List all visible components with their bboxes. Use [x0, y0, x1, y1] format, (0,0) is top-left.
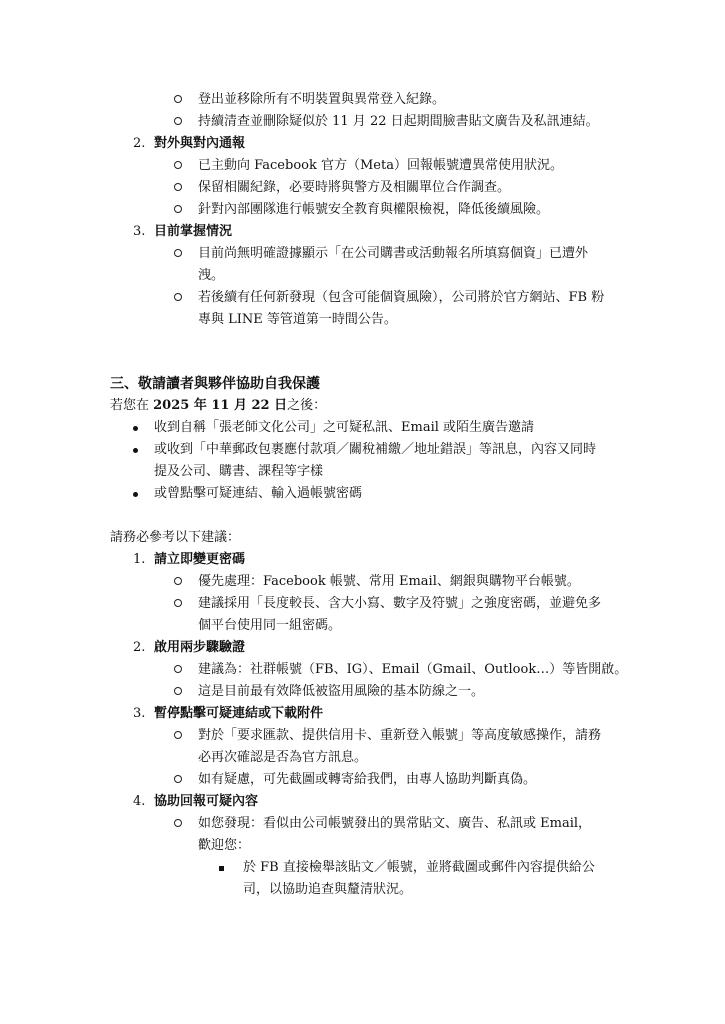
list-item-continuation: 歡迎您：	[198, 835, 250, 857]
list-item-title: 協助回報可疑內容	[154, 791, 258, 813]
list-item: 建議採用「長度較長、含大小寫、數字及符號」之強度密碼，並避免多	[198, 593, 601, 615]
document-page: 登出並移除所有不明裝置與異常登入紀錄。 持續清查並刪除疑似於 11 月 22 日…	[0, 0, 725, 1024]
bullet-icon	[133, 483, 138, 505]
list-item: 優先處理：Facebook 帳號、常用 Email、網銀與購物平台帳號。	[198, 571, 580, 593]
circle-bullet-icon	[174, 659, 182, 681]
circle-bullet-icon	[174, 813, 182, 835]
list-item: 或收到「中華郵政包裹應付款項／關稅補繳／地址錯誤」等訊息，內容又同時	[154, 439, 596, 461]
intro-prefix: 若您在	[110, 398, 153, 413]
list-item: 已主動向 Facebook 官方（Meta）回報帳號遭異常使用狀況。	[198, 155, 563, 177]
list-number: 3.	[133, 703, 145, 725]
list-item: 這是目前最有效降低被盜用風險的基本防線之一。	[198, 681, 484, 703]
circle-bullet-icon	[174, 725, 182, 747]
section-intro: 若您在 2025 年 11 月 22 日之後：	[110, 395, 326, 417]
list-item-continuation: 提及公司、購書、課程等字樣	[154, 461, 323, 483]
list-item: 於 FB 直接檢舉該貼文／帳號，並將截圖或郵件內容提供給公	[243, 857, 595, 879]
square-bullet-icon	[219, 857, 224, 879]
circle-bullet-icon	[174, 111, 182, 133]
circle-bullet-icon	[174, 681, 182, 703]
circle-bullet-icon	[174, 287, 182, 309]
circle-bullet-icon	[174, 155, 182, 177]
circle-bullet-icon	[174, 177, 182, 199]
list-item: 持續清查並刪除疑似於 11 月 22 日起期間臉書貼文廣告及私訊連結。	[198, 111, 599, 133]
list-item: 針對內部團隊進行帳號安全教育與權限檢視，降低後續風險。	[198, 199, 549, 221]
bullet-icon	[133, 439, 138, 461]
list-item: 如有疑慮，可先截圖或轉寄給我們，由專人協助判斷真偽。	[198, 769, 536, 791]
section-heading: 三、敬請讀者與夥伴協助自我保護	[110, 373, 320, 395]
circle-bullet-icon	[174, 199, 182, 221]
circle-bullet-icon	[174, 571, 182, 593]
list-number: 2.	[133, 637, 145, 659]
list-item-continuation: 司，以協助追查與釐清狀況。	[243, 879, 412, 901]
intro-suffix: 之後：	[287, 398, 326, 413]
list-item-continuation: 必再次確認是否為官方訊息。	[198, 747, 367, 769]
list-item: 保留相關紀錄，必要時將與警方及相關單位合作調查。	[198, 177, 510, 199]
list-number: 4.	[133, 791, 145, 813]
list-number: 3.	[133, 221, 145, 243]
circle-bullet-icon	[174, 243, 182, 265]
list-item: 或曾點擊可疑連結、輸入過帳號密碼	[154, 483, 362, 505]
list-item-title: 對外與對內通報	[154, 133, 245, 155]
list-number: 2.	[133, 133, 145, 155]
list-item: 建議為：社群帳號（FB、IG）、Email（Gmail、Outlook…）等皆開…	[198, 659, 627, 681]
list-item-title: 目前掌握情況	[154, 221, 232, 243]
list-item-title: 暫停點擊可疑連結或下載附件	[154, 703, 323, 725]
list-item: 如您發現：看似由公司帳號發出的異常貼文、廣告、私訊或 Email，	[198, 813, 591, 835]
circle-bullet-icon	[174, 89, 182, 111]
circle-bullet-icon	[174, 593, 182, 615]
list-item: 若後續有任何新發現（包含可能個資風險），公司將於官方網站、FB 粉	[198, 287, 604, 309]
list-item-continuation: 專與 LINE 等管道第一時間公告。	[198, 309, 397, 331]
list-item-continuation: 洩。	[198, 265, 224, 287]
list-item: 對於「要求匯款、提供信用卡、重新登入帳號」等高度敏感操作，請務	[198, 725, 601, 747]
circle-bullet-icon	[174, 769, 182, 791]
advice-intro: 請務必參考以下建議：	[110, 527, 240, 549]
list-item-continuation: 個平台使用同一組密碼。	[198, 615, 341, 637]
list-item: 目前尚無明確證據顯示「在公司購書或活動報名所填寫個資」已遭外	[198, 243, 588, 265]
bullet-icon	[133, 417, 138, 439]
intro-date: 2025 年 11 月 22 日	[153, 398, 287, 413]
list-item: 登出並移除所有不明裝置與異常登入紀錄。	[198, 89, 445, 111]
list-item: 收到自稱「張老師文化公司」之可疑私訊、Email 或陌生廣告邀請	[154, 417, 534, 439]
list-item-title: 啟用兩步驟驗證	[154, 637, 245, 659]
list-item-title: 請立即變更密碼	[154, 549, 245, 571]
list-number: 1.	[133, 549, 145, 571]
